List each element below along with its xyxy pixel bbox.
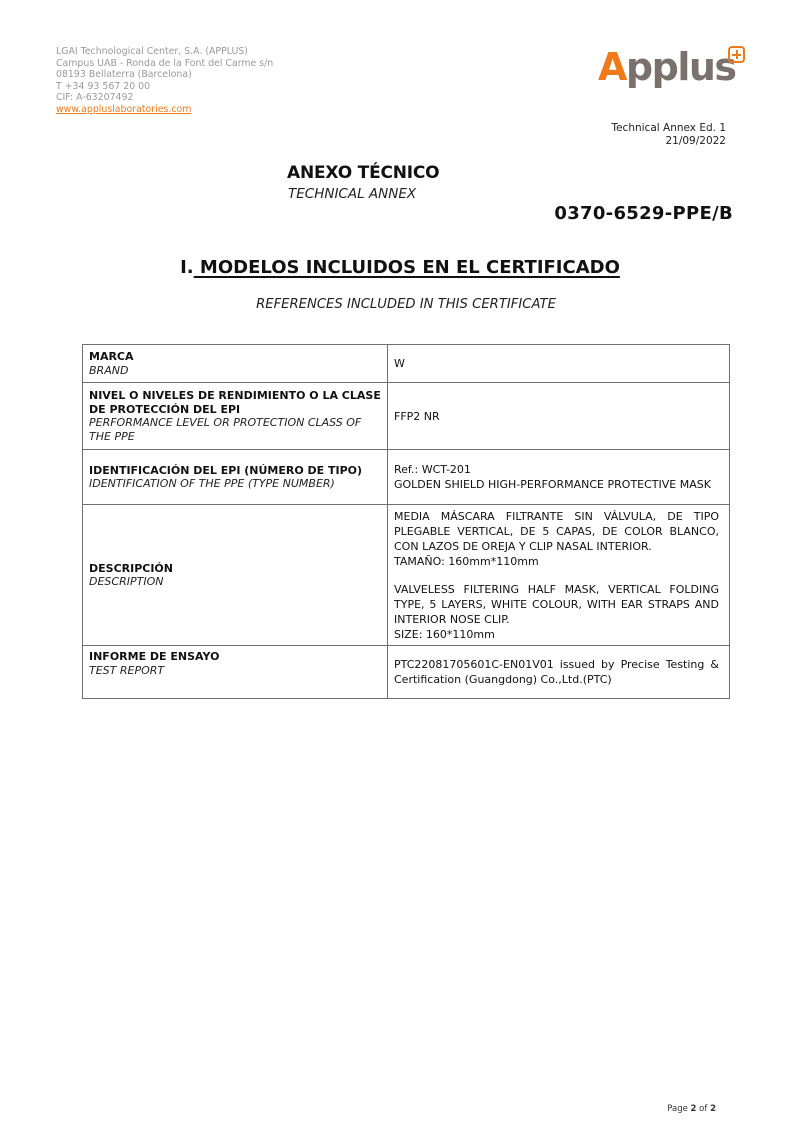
label-en: TEST REPORT bbox=[89, 664, 381, 678]
row-value: Ref.: WCT-201 GOLDEN SHIELD HIGH-PERFORM… bbox=[388, 450, 730, 505]
annex-date: 21/09/2022 bbox=[611, 135, 726, 148]
section-number: I. bbox=[180, 257, 194, 278]
label-es: MARCA bbox=[89, 350, 381, 364]
label-en: BRAND bbox=[89, 364, 381, 378]
page-title: ANEXO TÉCNICO bbox=[287, 163, 439, 183]
protection-class-value: FFP2 NR bbox=[394, 409, 719, 424]
logo-wordmark: Applus bbox=[598, 42, 736, 92]
logo-text: pplus bbox=[626, 45, 736, 89]
section-heading: I. MODELOS INCLUIDOS EN EL CERTIFICADO bbox=[0, 257, 800, 278]
label-en: IDENTIFICATION OF THE PPE (TYPE NUMBER) bbox=[89, 477, 381, 491]
company-city: 08193 Bellaterra (Barcelona) bbox=[56, 69, 273, 81]
row-label: INFORME DE ENSAYO TEST REPORT bbox=[83, 646, 388, 699]
label-es: DESCRIPCIÓN bbox=[89, 562, 381, 576]
brand-value: W bbox=[394, 356, 719, 371]
label-es: NIVEL O NIVELES DE RENDIMIENTO O LA CLAS… bbox=[89, 389, 381, 416]
row-label: DESCRIPCIÓN DESCRIPTION bbox=[83, 505, 388, 646]
section-subtitle: REFERENCES INCLUDED IN THIS CERTIFICATE bbox=[0, 297, 800, 312]
page-number: Page 2 of 2 bbox=[667, 1104, 716, 1114]
table-row-protection-class: NIVEL O NIVELES DE RENDIMIENTO O LA CLAS… bbox=[83, 383, 730, 450]
row-value: PTC22081705601C-EN01V01 issued by Precis… bbox=[388, 646, 730, 699]
row-value: FFP2 NR bbox=[388, 383, 730, 450]
label-en: DESCRIPTION bbox=[89, 575, 381, 589]
company-name: LGAI Technological Center, S.A. (APPLUS) bbox=[56, 46, 273, 58]
row-label: NIVEL O NIVELES DE RENDIMIENTO O LA CLAS… bbox=[83, 383, 388, 450]
size-es: TAMAÑO: 160mm*110mm bbox=[394, 554, 719, 569]
test-report-value: PTC22081705601C-EN01V01 issued by Precis… bbox=[394, 657, 719, 687]
page-separator: of bbox=[696, 1104, 710, 1114]
page-total: 2 bbox=[710, 1104, 716, 1114]
company-phone: T +34 93 567 20 00 bbox=[56, 81, 273, 93]
table-row-identification: IDENTIFICACIÓN DEL EPI (NÚMERO DE TIPO) … bbox=[83, 450, 730, 505]
plus-icon bbox=[728, 46, 745, 63]
company-address: Campus UAB - Ronda de la Font del Carme … bbox=[56, 58, 273, 70]
label-en: PERFORMANCE LEVEL OR PROTECTION CLASS OF… bbox=[89, 416, 381, 443]
table-row-test-report: INFORME DE ENSAYO TEST REPORT PTC2208170… bbox=[83, 646, 730, 699]
company-cif: CIF: A-63207492 bbox=[56, 92, 273, 104]
logo-letter-a: A bbox=[598, 45, 626, 89]
table-row-brand: MARCA BRAND W bbox=[83, 345, 730, 383]
models-table: MARCA BRAND W NIVEL O NIVELES DE RENDIMI… bbox=[82, 344, 730, 699]
certificate-number: 0370-6529-PPE/B bbox=[554, 203, 733, 224]
page-prefix: Page bbox=[667, 1104, 690, 1114]
row-value: W bbox=[388, 345, 730, 383]
description-es: MEDIA MÁSCARA FILTRANTE SIN VÁLVULA, DE … bbox=[394, 509, 719, 554]
section-title: MODELOS INCLUIDOS EN EL CERTIFICADO bbox=[194, 257, 620, 278]
row-label: IDENTIFICACIÓN DEL EPI (NÚMERO DE TIPO) … bbox=[83, 450, 388, 505]
model-name-value: GOLDEN SHIELD HIGH-PERFORMANCE PROTECTIV… bbox=[394, 477, 719, 492]
company-info: LGAI Technological Center, S.A. (APPLUS)… bbox=[56, 46, 273, 116]
annex-reference: Technical Annex Ed. 1 21/09/2022 bbox=[611, 122, 726, 148]
page-title-english: TECHNICAL ANNEX bbox=[288, 186, 416, 202]
applus-logo: Applus bbox=[598, 42, 748, 92]
row-label: MARCA BRAND bbox=[83, 345, 388, 383]
size-en: SIZE: 160*110mm bbox=[394, 627, 719, 642]
reference-value: Ref.: WCT-201 bbox=[394, 462, 719, 477]
row-value: MEDIA MÁSCARA FILTRANTE SIN VÁLVULA, DE … bbox=[388, 505, 730, 646]
label-es: INFORME DE ENSAYO bbox=[89, 650, 381, 664]
table-row-description: DESCRIPCIÓN DESCRIPTION MEDIA MÁSCARA FI… bbox=[83, 505, 730, 646]
annex-edition: Technical Annex Ed. 1 bbox=[611, 122, 726, 135]
label-es: IDENTIFICACIÓN DEL EPI (NÚMERO DE TIPO) bbox=[89, 464, 381, 478]
company-website-link[interactable]: www.appluslaboratories.com bbox=[56, 104, 273, 116]
description-en: VALVELESS FILTERING HALF MASK, VERTICAL … bbox=[394, 582, 719, 627]
